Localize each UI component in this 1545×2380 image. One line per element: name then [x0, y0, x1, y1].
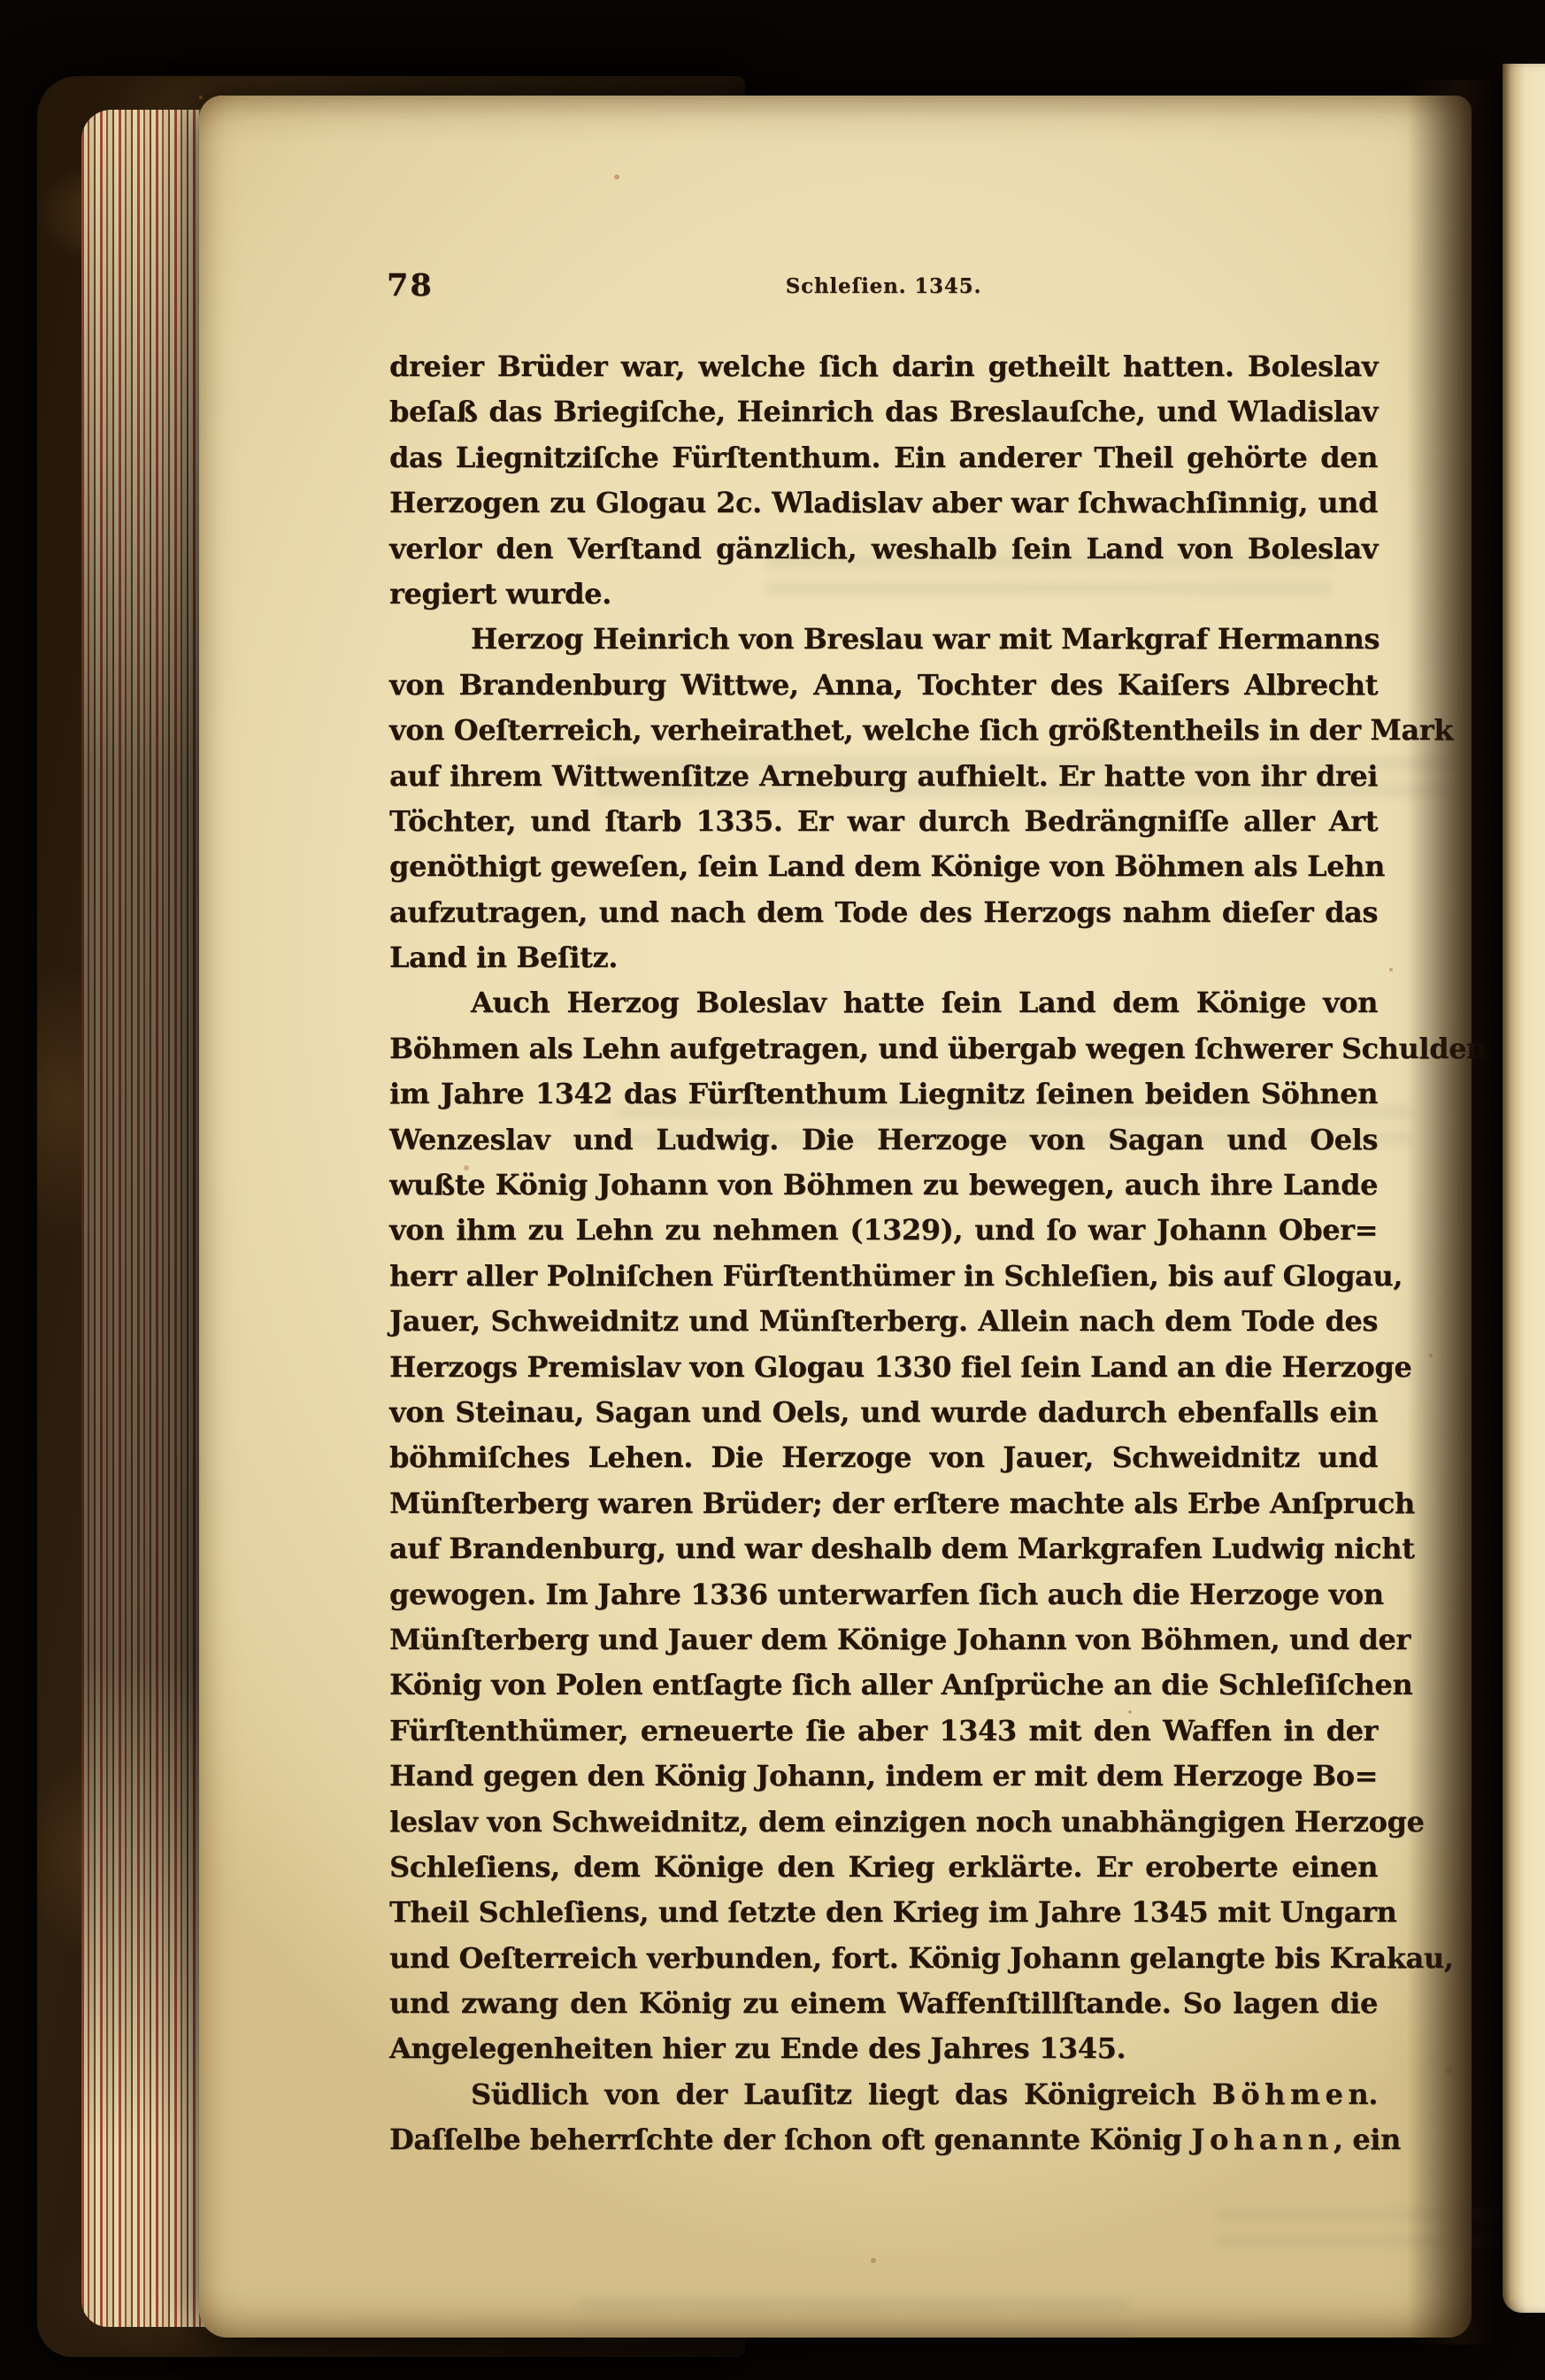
text-line: auf ihrem Wittwenſitze Arneburg aufhielt… — [389, 754, 1378, 799]
running-head: 78 Schleſien. 1345. — [199, 265, 1472, 306]
text-line: gewogen. Im Jahre 1336 unterwarfen ſich … — [389, 1572, 1378, 1617]
text-line: Schleſiens, dem Könige den Krieg erklärt… — [389, 1845, 1378, 1890]
text-line: Fürſtenthümer, erneuerte ſie aber 1343 m… — [389, 1708, 1378, 1754]
text-line: im Jahre 1342 das Fürſtenthum Liegnitz ſ… — [389, 1071, 1378, 1117]
running-title: Schleſien. 1345. — [389, 274, 1378, 298]
text-line: dreier Brüder war, welche ſich darin get… — [389, 344, 1378, 389]
ink-showthrough-smudge — [580, 2299, 1128, 2338]
text-line: und Oeſterreich verbunden, fort. König J… — [389, 1936, 1378, 1981]
text-line: Herzogen zu Glogau 2c. Wladislav aber wa… — [389, 480, 1378, 526]
text-line: Herzog Heinrich von Breslau war mit Mark… — [389, 617, 1378, 662]
foxing-spots — [199, 96, 203, 99]
text-line: und zwang den König zu einem Waffenſtill… — [389, 1981, 1378, 2026]
text-line: böhmiſches Lehen. Die Herzoge von Jauer,… — [389, 1435, 1378, 1480]
text-line: Herzogs Premislav von Glogau 1330 fiel ſ… — [389, 1345, 1378, 1390]
text-line: Jauer, Schweidnitz und Münſterberg. Alle… — [389, 1299, 1378, 1344]
text-line: wußte König Johann von Böhmen zu bewegen… — [389, 1163, 1378, 1208]
text-line: regiert wurde. — [389, 572, 1378, 617]
text-line: von ihm zu Lehn zu nehmen (1329), und ſo… — [389, 1208, 1378, 1253]
text-line: Angelegenheiten hier zu Ende des Jahres … — [389, 2026, 1378, 2071]
text-line: Böhmen als Lehn aufgetragen, und übergab… — [389, 1026, 1378, 1071]
text-line: das Liegnitziſche Fürſtenthum. Ein ander… — [389, 435, 1378, 480]
text-line: beſaß das Briegiſche, Heinrich das Bresl… — [389, 389, 1378, 434]
text-line: herr aller Polniſchen Fürſtenthümer in S… — [389, 1254, 1378, 1299]
photo-of-book-page: { "visual": { "paper_color": "#ecdeb2", … — [0, 0, 1545, 2380]
next-page-edge — [1503, 64, 1545, 2313]
gutter-shadow — [1407, 80, 1503, 2345]
text-line: von Oeſterreich, verheirathet, welche ſi… — [389, 708, 1378, 753]
text-line: Daſſelbe beherrſchte der ſchon oft genan… — [389, 2117, 1378, 2162]
text-line: Münſterberg waren Brüder; der erſtere ma… — [389, 1481, 1378, 1526]
page-content: 78 Schleſien. 1345. dreier Brüder war, w… — [199, 96, 1472, 2338]
text-line: auf Brandenburg, und war deshalb dem Mar… — [389, 1526, 1378, 1571]
text-line: Land in Beſitz. — [389, 935, 1378, 980]
text-line: Münſterberg und Jauer dem Könige Johann … — [389, 1617, 1378, 1662]
text-line: verlor den Verſtand gänzlich, weshalb ſe… — [389, 526, 1378, 572]
text-line: aufzutragen, und nach dem Tode des Herzo… — [389, 890, 1378, 935]
text-line: Auch Herzog Boleslav hatte ſein Land dem… — [389, 980, 1378, 1025]
text-line: Südlich von der Lauſitz liegt das Königr… — [389, 2072, 1378, 2117]
text-line: König von Polen entſagte ſich aller Anſp… — [389, 1662, 1378, 1708]
text-line: von Steinau, Sagan und Oels, und wurde d… — [389, 1390, 1378, 1435]
text-line: Hand gegen den König Johann, indem er mi… — [389, 1754, 1378, 1799]
text-line: Töchter, und ſtarb 1335. Er war durch Be… — [389, 799, 1378, 844]
text-line: Wenzeslav und Ludwig. Die Herzoge von Sa… — [389, 1117, 1378, 1163]
text-line: Theil Schleſiens, und ſetzte den Krieg i… — [389, 1890, 1378, 1935]
text-line: leslav von Schweidnitz, dem einzigen noc… — [389, 1800, 1378, 1845]
text-line: von Brandenburg Wittwe, Anna, Tochter de… — [389, 663, 1378, 708]
body-text: dreier Brüder war, welche ſich darin get… — [389, 344, 1378, 2163]
text-line: genöthigt geweſen, ſein Land dem Könige … — [389, 844, 1378, 889]
